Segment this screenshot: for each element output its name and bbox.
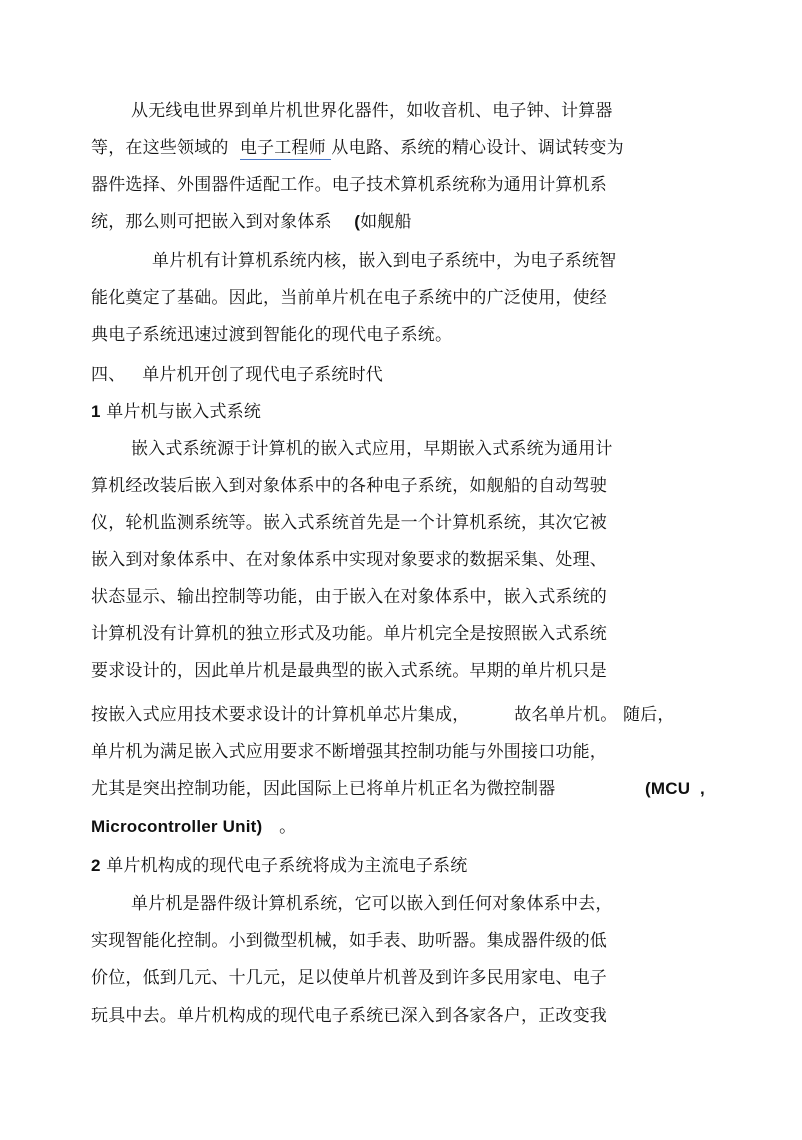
bold-text: Microcontroller Unit)	[91, 817, 262, 836]
text-line: 器件选择、外围器件适配工作。电子技术算机系统称为通用计算机系	[91, 174, 607, 196]
paragraph-text: 算机经改装后嵌入到对象体系中的各种电子系统，如舰船的自动驾驶	[91, 476, 607, 496]
text-line: 嵌入到对象体系中、在对象体系中实现对象要求的数据采集、处理、	[91, 549, 607, 571]
text-line: 典电子系统迅速过渡到智能化的现代电子系统。	[91, 324, 452, 346]
paragraph-text: 。	[262, 817, 296, 837]
text-line: 嵌入式系统源于计算机的嵌入式应用，早期嵌入式系统为通用计	[131, 438, 613, 460]
paragraph-text: 玩具中去。单片机构成的现代电子系统已深入到各家各户，正改变我	[91, 1006, 607, 1026]
paragraph-text: 单片机有计算机系统内核，嵌入到电子系统中，为电子系统智	[152, 251, 616, 271]
text-line: 玩具中去。单片机构成的现代电子系统已深入到各家各户，正改变我	[91, 1005, 607, 1027]
text-line: 四、 单片机开创了现代电子系统时代	[91, 364, 383, 386]
text-line: 2 单片机构成的现代电子系统将成为主流电子系统	[91, 855, 467, 877]
paragraph-text: 如舰船	[360, 212, 412, 232]
paragraph-text: 典电子系统迅速过渡到智能化的现代电子系统。	[91, 325, 452, 345]
paragraph-text: 价位，低到几元、十几元，足以使单片机普及到许多民用家电、电子	[91, 968, 607, 988]
paragraph-text: 嵌入式系统源于计算机的嵌入式应用，早期嵌入式系统为通用计	[131, 439, 613, 459]
paragraph-text: 统，那么则可把嵌入到对象体系	[91, 212, 354, 232]
paragraph-text: 器件选择、外围器件适配工作。电子技术算机系统称为通用计算机系	[91, 175, 607, 195]
text-line: 单片机是器件级计算机系统，它可以嵌入到任何对象体系中去，	[131, 893, 613, 915]
text-line: 计算机没有计算机的独立形式及功能。单片机完全是按照嵌入式系统	[91, 623, 607, 645]
paragraph-text: 计算机没有计算机的独立形式及功能。单片机完全是按照嵌入式系统	[91, 624, 607, 644]
text-line: 能化奠定了基础。因此，当前单片机在电子系统中的广泛使用，使经	[91, 287, 607, 309]
paragraph-text: 从电路、系统的精心设计、调试转变为	[331, 138, 623, 158]
text-line: 单片机为满足嵌入式应用要求不断增强其控制功能与外围接口功能，	[91, 741, 607, 763]
paragraph-text: 等，在这些领域的	[91, 138, 240, 158]
paragraph-text: 实现智能化控制。小到微型机械，如手表、助听器。集成器件级的低	[91, 931, 607, 951]
paragraph-text: 能化奠定了基础。因此，当前单片机在电子系统中的广泛使用，使经	[91, 288, 607, 308]
text-line: 单片机有计算机系统内核，嵌入到电子系统中，为电子系统智	[152, 250, 616, 272]
text-line: Microcontroller Unit) 。	[91, 816, 296, 838]
paragraph-text: 单片机与嵌入式系统	[101, 402, 261, 422]
bold-text: (MCU ,	[645, 778, 705, 800]
text-line: 等，在这些领域的 电子工程师 从电路、系统的精心设计、调试转变为	[91, 137, 624, 159]
text-line: 统，那么则可把嵌入到对象体系 (如舰船	[91, 211, 412, 233]
paragraph-text: 单片机为满足嵌入式应用要求不断增强其控制功能与外围接口功能，	[91, 742, 607, 762]
paragraph-text: 仪，轮机监测系统等。嵌入式系统首先是一个计算机系统，其次它被	[91, 513, 607, 533]
paragraph-text: 四、 单片机开创了现代电子系统时代	[91, 365, 383, 385]
paragraph-text: 单片机是器件级计算机系统，它可以嵌入到任何对象体系中去，	[131, 894, 613, 914]
text-line: 按嵌入式应用技术要求设计的计算机单芯片集成， 故名单片机。 随后，	[91, 704, 675, 726]
paragraph-text: 状态显示、输出控制等功能，由于嵌入在对象体系中，嵌入式系统的	[91, 587, 607, 607]
text-line: 算机经改装后嵌入到对象体系中的各种电子系统，如舰船的自动驾驶	[91, 475, 607, 497]
text-line: 实现智能化控制。小到微型机械，如手表、助听器。集成器件级的低	[91, 930, 607, 952]
text-line: 价位，低到几元、十几元，足以使单片机普及到许多民用家电、电子	[91, 967, 607, 989]
paragraph-text: 嵌入到对象体系中、在对象体系中实现对象要求的数据采集、处理、	[91, 550, 607, 570]
hyperlink[interactable]: 电子工程师	[240, 138, 332, 160]
text-line: 1 单片机与嵌入式系统	[91, 401, 261, 423]
text-line: 尤其是突出控制功能，因此国际上已将单片机正名为微控制器	[91, 778, 555, 800]
text-line: 仪，轮机监测系统等。嵌入式系统首先是一个计算机系统，其次它被	[91, 512, 607, 534]
bold-text: 2	[91, 856, 101, 875]
text-line: 要求设计的，因此单片机是最典型的嵌入式系统。早期的单片机只是	[91, 660, 607, 682]
text-line: 从无线电世界到单片机世界化器件，如收音机、电子钟、计算器	[131, 100, 613, 122]
bold-text: 1	[91, 402, 101, 421]
paragraph-text: 单片机构成的现代电子系统将成为主流电子系统	[101, 856, 468, 876]
text-line: 状态显示、输出控制等功能，由于嵌入在对象体系中，嵌入式系统的	[91, 586, 607, 608]
paragraph-text: 从无线电世界到单片机世界化器件，如收音机、电子钟、计算器	[131, 101, 613, 121]
paragraph-text: 按嵌入式应用技术要求设计的计算机单芯片集成， 故名单片机。 随后，	[91, 705, 675, 725]
paragraph-text: 要求设计的，因此单片机是最典型的嵌入式系统。早期的单片机只是	[91, 661, 607, 681]
paragraph-text: 尤其是突出控制功能，因此国际上已将单片机正名为微控制器	[91, 779, 555, 799]
